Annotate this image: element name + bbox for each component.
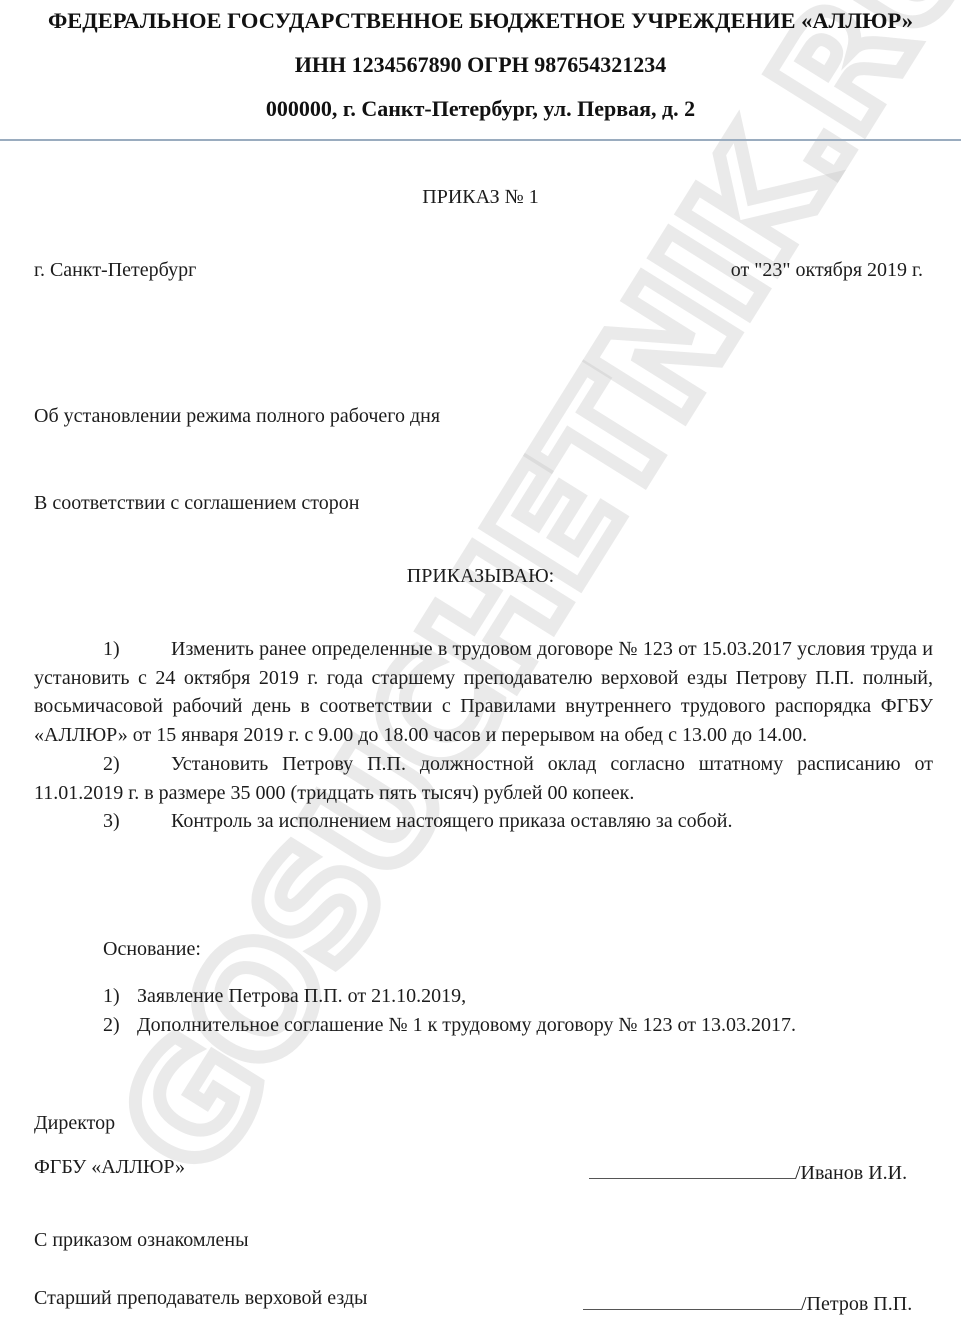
order-subject: Об установлении режима полного рабочего … bbox=[34, 405, 440, 428]
order-command: ПРИКАЗЫВАЮ: bbox=[0, 565, 961, 588]
basis-label: Основание: bbox=[103, 938, 201, 961]
org-address: 000000, г. Санкт-Петербург, ул. Первая, … bbox=[0, 96, 961, 122]
item-text: Контроль за исполнением настоящего прика… bbox=[171, 810, 732, 832]
basis-item: 2)Дополнительное соглашение № 1 к трудов… bbox=[103, 1011, 796, 1040]
acknowledged-label: С приказом ознакомлены bbox=[34, 1229, 249, 1252]
director-signature: /Иванов И.И. bbox=[589, 1156, 907, 1185]
director-title: Директор bbox=[34, 1112, 115, 1135]
item-number: 2) bbox=[103, 750, 171, 779]
org-ids: ИНН 1234567890 ОГРН 987654321234 bbox=[0, 52, 961, 78]
basis-item-number: 1) bbox=[103, 982, 137, 1011]
basis-item-number: 2) bbox=[103, 1011, 137, 1040]
basis-item: 1)Заявление Петрова П.П. от 21.10.2019, bbox=[103, 982, 796, 1011]
item-number: 1) bbox=[103, 635, 171, 664]
basis-intro: В соответствии с соглашением сторон bbox=[34, 492, 359, 515]
document-page: GOSUCHETNIK.RU ФЕДЕРАЛЬНОЕ ГОСУДАРСТВЕНН… bbox=[0, 0, 961, 1322]
order-city: г. Санкт-Петербург bbox=[34, 259, 196, 282]
order-item: 1)Изменить ранее определенные в трудовом… bbox=[34, 635, 933, 750]
basis-item-text: Заявление Петрова П.П. от 21.10.2019, bbox=[137, 985, 466, 1007]
order-item: 2)Установить Петрову П.П. должностной ок… bbox=[34, 750, 933, 807]
item-number: 3) bbox=[103, 807, 171, 836]
employee-signature: /Петров П.П. bbox=[583, 1287, 912, 1316]
employee-position: Старший преподаватель верховой езды bbox=[34, 1287, 368, 1310]
order-items: 1)Изменить ранее определенные в трудовом… bbox=[34, 635, 933, 836]
org-name: ФЕДЕРАЛЬНОЕ ГОСУДАРСТВЕННОЕ БЮДЖЕТНОЕ УЧ… bbox=[0, 8, 961, 34]
signature-line bbox=[583, 1287, 801, 1310]
order-item: 3)Контроль за исполнением настоящего при… bbox=[34, 807, 933, 836]
director-name: /Иванов И.И. bbox=[795, 1162, 907, 1184]
header-divider bbox=[0, 139, 961, 141]
order-date: от "23" октября 2019 г. bbox=[731, 259, 923, 282]
basis-list: 1)Заявление Петрова П.П. от 21.10.2019, … bbox=[103, 982, 796, 1039]
employee-name: /Петров П.П. bbox=[801, 1293, 912, 1315]
order-title: ПРИКАЗ № 1 bbox=[0, 186, 961, 209]
basis-item-text: Дополнительное соглашение № 1 к трудовом… bbox=[137, 1014, 796, 1036]
signature-line bbox=[589, 1156, 795, 1179]
director-org: ФГБУ «АЛЛЮР» bbox=[34, 1156, 185, 1179]
